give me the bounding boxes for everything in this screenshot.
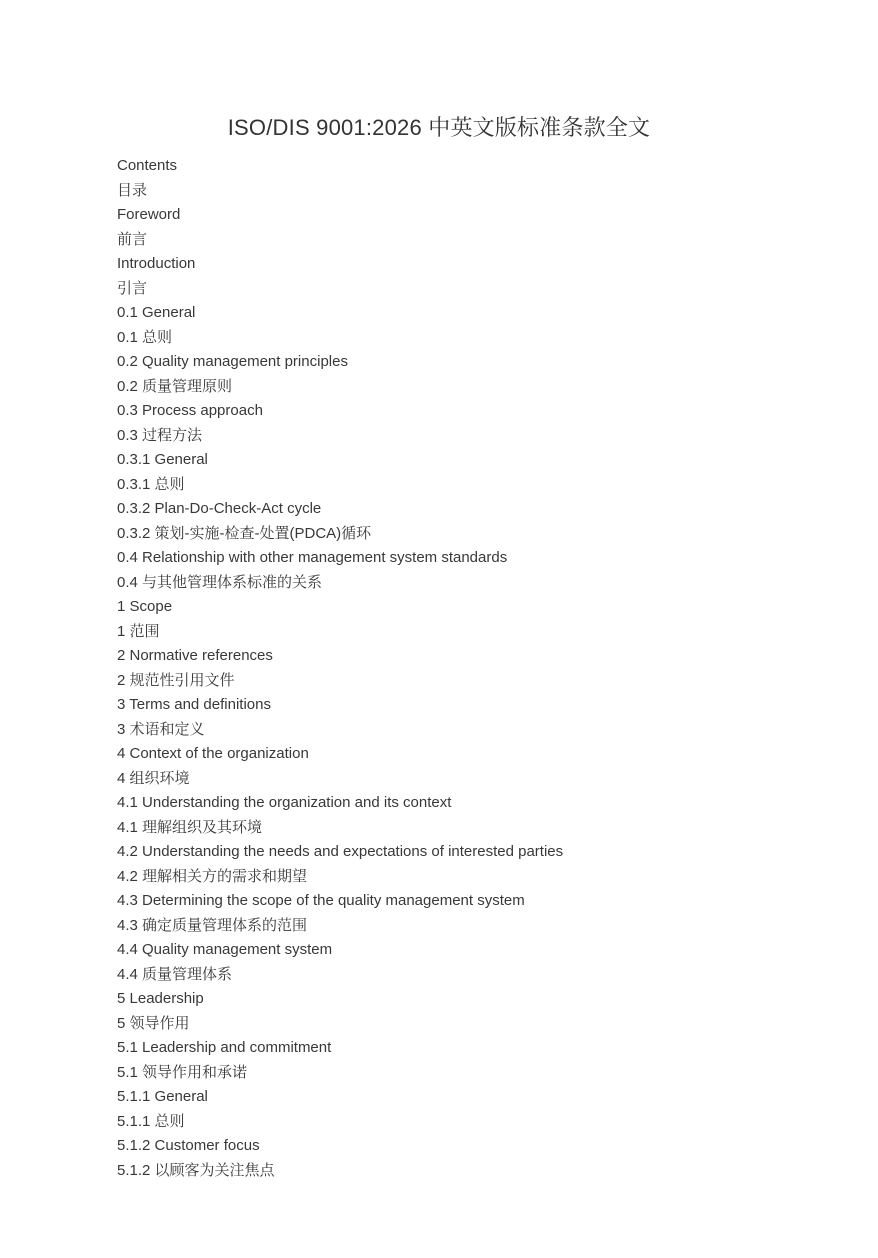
toc-line: 4 组织环境 xyxy=(117,767,818,792)
toc-line: 1 范围 xyxy=(117,620,818,645)
toc-line: 前言 xyxy=(117,228,818,253)
toc-line: 0.3 Process approach xyxy=(117,399,818,424)
toc-line: 0.2 Quality management principles xyxy=(117,350,818,375)
toc-line: 2 规范性引用文件 xyxy=(117,669,818,694)
toc-line: 4.2 Understanding the needs and expectat… xyxy=(117,840,818,865)
toc-line: 0.3 过程方法 xyxy=(117,424,818,449)
toc-line: 0.1 总则 xyxy=(117,326,818,351)
toc-line: 0.1 General xyxy=(117,301,818,326)
document-page: ISO/DIS 9001:2026 中英文版标准条款全文 Contents目录F… xyxy=(0,0,878,1258)
toc-line: Foreword xyxy=(117,203,818,228)
toc-line: 0.3.2 Plan-Do-Check-Act cycle xyxy=(117,497,818,522)
toc-line: 5.1.1 总则 xyxy=(117,1110,818,1135)
toc-line: 3 术语和定义 xyxy=(117,718,818,743)
toc-line: 5 领导作用 xyxy=(117,1012,818,1037)
toc-line: 4.1 Understanding the organization and i… xyxy=(117,791,818,816)
toc-line: 引言 xyxy=(117,277,818,302)
toc-line: 2 Normative references xyxy=(117,644,818,669)
toc-line: 0.4 Relationship with other management s… xyxy=(117,546,818,571)
toc-line: 4 Context of the organization xyxy=(117,742,818,767)
toc-line: 4.4 质量管理体系 xyxy=(117,963,818,988)
toc-line: 4.1 理解组织及其环境 xyxy=(117,816,818,841)
table-of-contents: Contents目录Foreword前言Introduction引言0.1 Ge… xyxy=(0,154,878,1183)
toc-line: 0.3.2 策划-实施-检查-处置(PDCA)循环 xyxy=(117,522,818,547)
toc-line: Introduction xyxy=(117,252,818,277)
toc-line: 3 Terms and definitions xyxy=(117,693,818,718)
toc-line: 5.1.2 Customer focus xyxy=(117,1134,818,1159)
page-title: ISO/DIS 9001:2026 中英文版标准条款全文 xyxy=(0,0,878,143)
toc-line: 5.1.2 以顾客为关注焦点 xyxy=(117,1159,818,1184)
toc-line: 5.1 Leadership and commitment xyxy=(117,1036,818,1061)
toc-line: Contents xyxy=(117,154,818,179)
toc-line: 1 Scope xyxy=(117,595,818,620)
toc-line: 5.1 领导作用和承诺 xyxy=(117,1061,818,1086)
toc-line: 4.3 确定质量管理体系的范围 xyxy=(117,914,818,939)
toc-line: 4.4 Quality management system xyxy=(117,938,818,963)
toc-line: 0.4 与其他管理体系标准的关系 xyxy=(117,571,818,596)
toc-line: 目录 xyxy=(117,179,818,204)
toc-line: 4.3 Determining the scope of the quality… xyxy=(117,889,818,914)
toc-line: 0.3.1 总则 xyxy=(117,473,818,498)
toc-line: 4.2 理解相关方的需求和期望 xyxy=(117,865,818,890)
toc-line: 5.1.1 General xyxy=(117,1085,818,1110)
toc-line: 0.2 质量管理原则 xyxy=(117,375,818,400)
toc-line: 0.3.1 General xyxy=(117,448,818,473)
toc-line: 5 Leadership xyxy=(117,987,818,1012)
